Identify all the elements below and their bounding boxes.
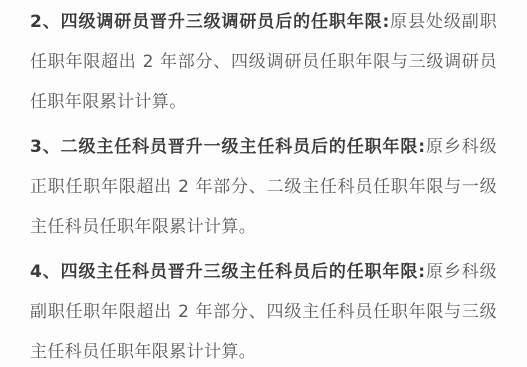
paragraph-3-lead: 3、二级主任科员晋升一级主任科员后的任职年限: <box>30 137 425 157</box>
paragraph-tenure-rule-4: 4、四级主任科员晋升三级主任科员后的任职年限:原乡科级副职任职年限超出 2 年部… <box>30 252 497 367</box>
paragraph-tenure-rule-2: 2、四级调研员晋升三级调研员后的任职年限:原县处级副职任职年限超出 2 年部分、… <box>30 2 497 122</box>
paragraph-2-lead: 2、四级调研员晋升三级调研员后的任职年限: <box>30 12 390 32</box>
paragraph-4-lead: 4、四级主任科员晋升三级主任科员后的任职年限: <box>30 262 425 282</box>
paragraph-tenure-rule-3: 3、二级主任科员晋升一级主任科员后的任职年限:原乡科级正职任职年限超出 2 年部… <box>30 127 497 247</box>
article-body: 2、四级调研员晋升三级调研员后的任职年限:原县处级副职任职年限超出 2 年部分、… <box>0 0 527 367</box>
